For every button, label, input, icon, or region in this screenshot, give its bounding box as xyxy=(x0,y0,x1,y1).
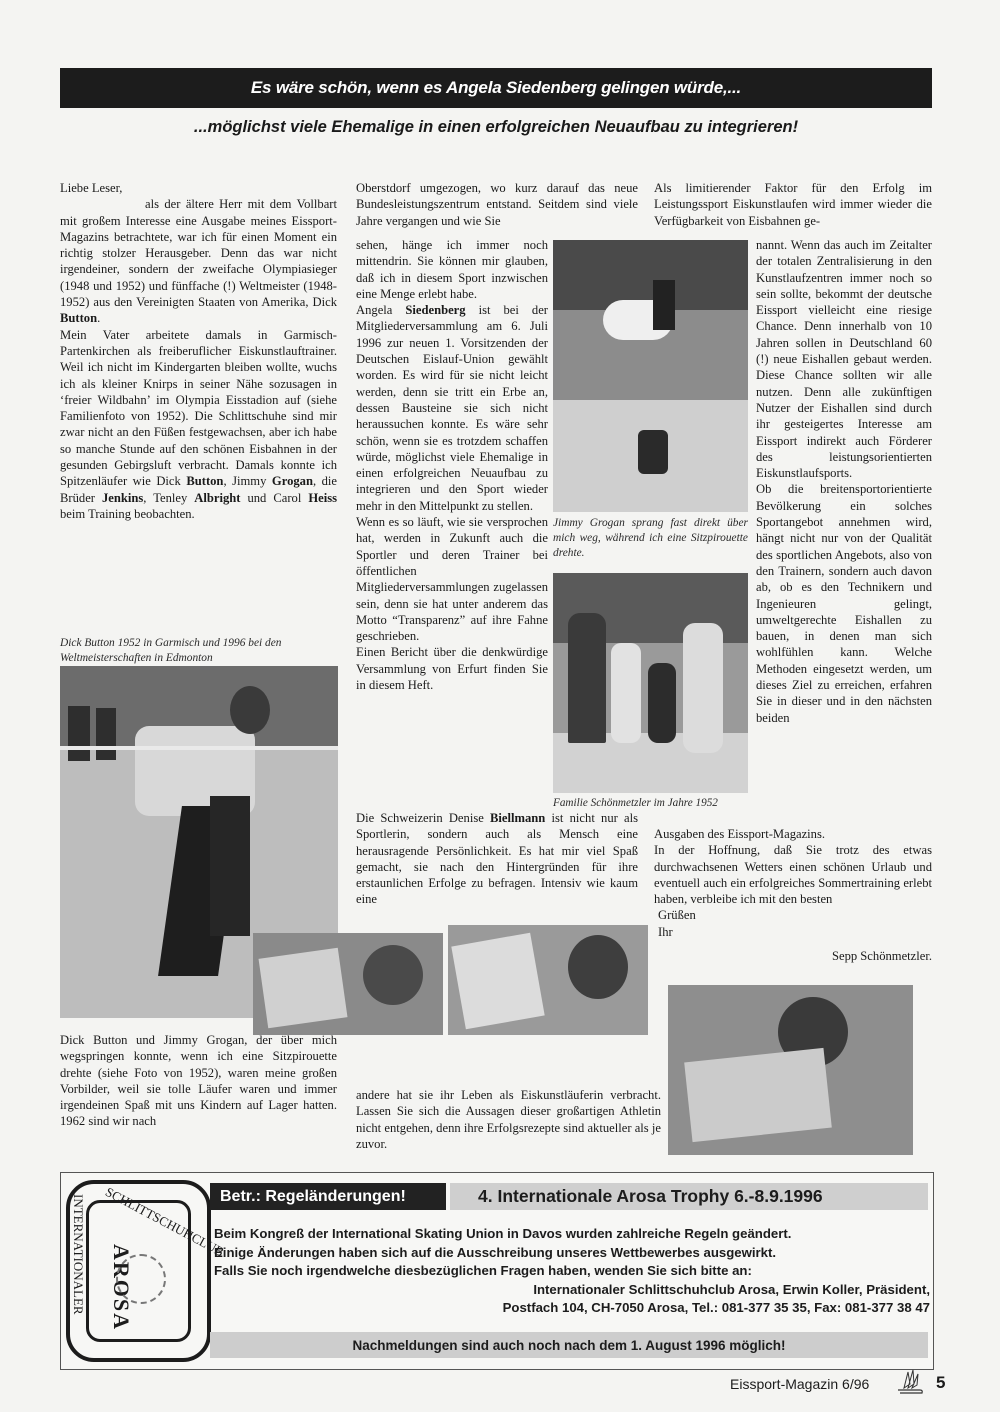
greeting: Grüßen xyxy=(654,907,932,923)
signature: Sepp Schönmetzler. xyxy=(654,948,932,964)
column-2-top: Oberstdorf umgezogen, wo kurz darauf das… xyxy=(356,180,638,229)
column-1-text-bottom: Dick Button und Jimmy Grogan, der über m… xyxy=(60,1032,337,1130)
magazine-reader-photo-3 xyxy=(668,985,913,1155)
headline: Es wäre schön, wenn es Angela Siedenberg… xyxy=(251,78,741,98)
late-registration-note: Nachmeldungen sind auch noch nach dem 1.… xyxy=(210,1332,928,1358)
rule-changes-tag: Betr.: Regeländerungen! xyxy=(210,1183,446,1210)
column-3-top: Als limitierender Faktor für den Erfolg … xyxy=(654,180,932,229)
magazine-issue: Eissport-Magazin 6/96 xyxy=(730,1376,869,1392)
contact-line-2: Postfach 104, CH-7050 Arosa, Tel.: 081-3… xyxy=(214,1299,930,1318)
skate-wing-icon xyxy=(894,1368,926,1396)
salutation: Liebe Leser, xyxy=(60,180,337,196)
skate-sun-icon xyxy=(116,1254,166,1304)
family-caption: Familie Schönmetzler im Jahre 1952 xyxy=(553,796,753,811)
ad-body: Beim Kongreß der International Skating U… xyxy=(214,1225,930,1318)
ihr: Ihr xyxy=(654,924,932,940)
column-1-paragraph-2: Mein Vater arbeitete damals in Garmisch-… xyxy=(60,327,337,523)
magazine-reader-photo-2 xyxy=(448,925,648,1035)
column-2-wide: Die Schweizerin Denise Biellmann ist nic… xyxy=(356,810,638,908)
page-number: 5 xyxy=(936,1373,945,1393)
column-1-paragraph-1: als der ältere Herr mit dem Vollbart mit… xyxy=(60,196,337,326)
logo-left-text: INTERNATIONALER xyxy=(70,1194,86,1315)
column-2-paragraph-biellmann: Die Schweizerin Denise Biellmann ist nic… xyxy=(356,810,638,908)
contact-line-1: Internationaler Schlittschuhclub Arosa, … xyxy=(214,1281,930,1300)
family-photo-1952 xyxy=(553,573,748,793)
trophy-title: 4. Internationale Arosa Trophy 6.-8.9.19… xyxy=(450,1183,928,1210)
column-1-paragraph-3: Dick Button und Jimmy Grogan, der über m… xyxy=(60,1032,337,1130)
column-3-bottom: Ausgaben des Eissport-Magazins. In der H… xyxy=(654,826,932,964)
dick-button-caption: Dick Button 1952 in Garmisch und 1996 be… xyxy=(60,636,337,666)
jimmy-grogan-jump-photo xyxy=(553,240,748,512)
magazine-reader-photo-1 xyxy=(253,933,443,1035)
headline-bar: Es wäre schön, wenn es Angela Siedenberg… xyxy=(60,68,932,108)
column-2-paragraph-siedenberg: Angela Siedenberg ist bei der Mitglieder… xyxy=(356,302,548,514)
column-1-text-top: Liebe Leser, als der ältere Herr mit dem… xyxy=(60,180,337,522)
column-3-narrow: nannt. Wenn das auch im Zeitalter der to… xyxy=(756,237,932,726)
subheadline: ...möglichst viele Ehemalige in einen er… xyxy=(60,118,932,137)
column-2-bottom: andere hat sie ihr Leben als Eiskunstläu… xyxy=(356,1087,661,1152)
arosa-club-logo: SCHLITTSCHUHCLUB INTERNATIONALER AROSA xyxy=(66,1180,211,1362)
jimmy-grogan-caption: Jimmy Grogan sprang fast direkt über mic… xyxy=(553,516,748,561)
column-2-narrow: sehen, hänge ich immer noch mittendrin. … xyxy=(356,237,548,693)
